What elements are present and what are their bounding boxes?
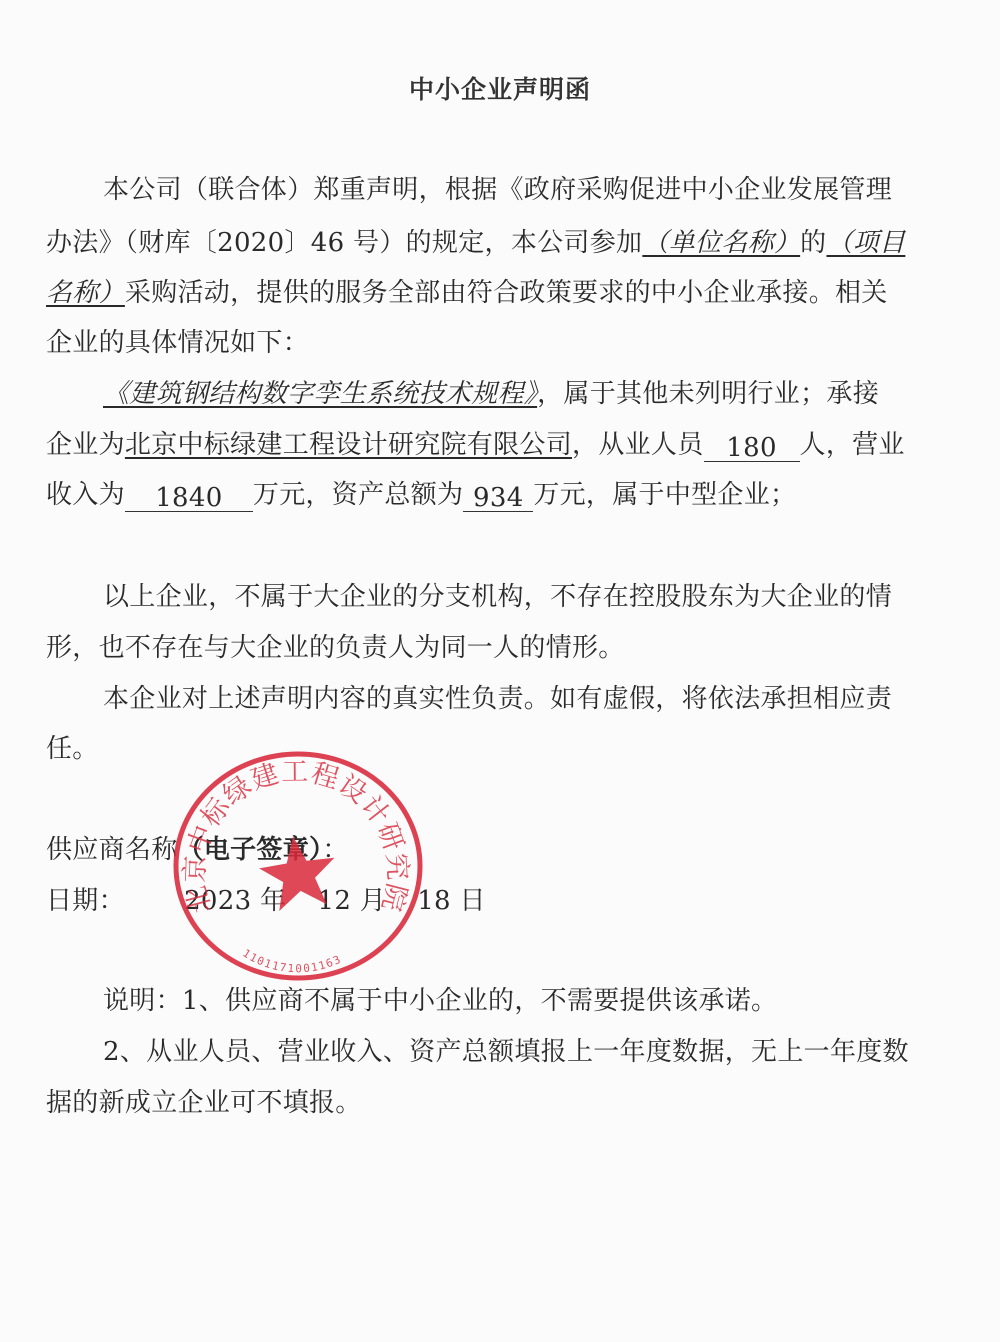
project-title: 《建筑钢结构数字孪生系统技术规程》: [103, 379, 537, 409]
supplier-name-label: 供应商名称: [46, 835, 178, 865]
employees-value: 180: [704, 431, 800, 462]
project-name-placeholder-part1: （项目: [826, 228, 905, 258]
note-2-line1: 2、从业人员、营业收入、资产总额填报上一年度数据，无上一年度数: [103, 1035, 909, 1069]
company-label: 企业为: [46, 430, 125, 460]
para1-line3-text: 采购活动，提供的服务全部由符合政策要求的中小企业承接。相关: [125, 278, 888, 308]
assets-value: 934: [463, 481, 533, 512]
unit-name-placeholder: （单位名称）: [642, 228, 800, 258]
project-name-placeholder-part2: 名称）: [46, 278, 125, 308]
para1-line4: 企业的具体情况如下：: [46, 326, 309, 360]
day-unit: 日: [459, 886, 485, 916]
para1-line3: 名称）采购活动，提供的服务全部由符合政策要求的中小企业承接。相关: [46, 276, 888, 310]
company-name: 北京中标绿建工程设计研究院有限公司: [125, 430, 572, 460]
para2-line2: 形，也不存在与大企业的负责人为同一人的情形。: [46, 631, 625, 665]
enterprise-line3: 收入为1840万元，资产总额为934万元，属于中型企业；: [46, 478, 796, 512]
enterprise-line1: 《建筑钢结构数字孪生系统技术规程》，属于其他未列明行业；承接: [103, 377, 879, 411]
para3-line2: 任。: [46, 732, 99, 766]
document-title: 中小企业声明函: [0, 70, 1000, 106]
para2-line1: 以上企业，不属于大企业的分支机构，不存在控股股东为大企业的情: [103, 580, 892, 614]
enterprise-type: 万元，属于中型企业；: [533, 480, 796, 510]
company-seal-icon: 北京中标绿建工程设计研究院有限公司 1101171001163: [172, 750, 424, 982]
assets-label: 万元，资产总额为: [253, 480, 463, 510]
enterprise-line2: 企业为北京中标绿建工程设计研究院有限公司，从业人员180人，营业: [46, 428, 905, 462]
revenue-label: 收入为: [46, 480, 125, 510]
date-label: 日期：: [46, 886, 125, 916]
industry-text: ，属于其他未列明行业；承接: [537, 379, 879, 409]
para1-line2: 办法》（财库〔2020〕46 号）的规定，本公司参加（单位名称）的（项目: [46, 226, 905, 260]
revenue-value: 1840: [125, 481, 253, 512]
para1-line2-text: 办法》（财库〔2020〕46 号）的规定，本公司参加: [46, 228, 642, 258]
para3-line1: 本企业对上述声明内容的真实性负责。如有虚假，将依法承担相应责: [103, 682, 892, 716]
employees-label: ，从业人员: [572, 430, 704, 460]
note-2-line2: 据的新成立企业可不填报。: [46, 1086, 362, 1120]
para1-line2-de: 的: [800, 228, 826, 258]
employees-unit: 人，营业: [800, 430, 905, 460]
para1-line1: 本公司（联合体）郑重声明，根据《政府采购促进中小企业发展管理: [103, 173, 892, 207]
note-1: 说明：1、供应商不属于中小企业的，不需要提供该承诺。: [103, 984, 777, 1018]
